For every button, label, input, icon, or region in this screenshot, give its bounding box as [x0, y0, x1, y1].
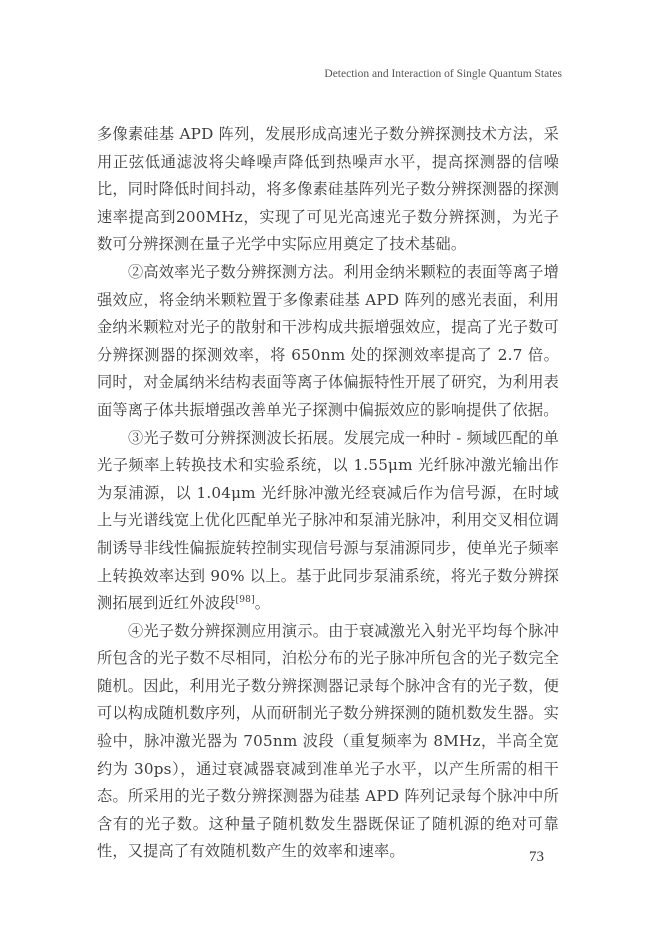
paragraph-3-tail: 。 — [255, 594, 270, 612]
page-number: 73 — [529, 849, 544, 866]
citation-ref[interactable]: [98] — [236, 595, 255, 605]
paragraph-2: ②高效率光子数分辨探测方法。利用金纳米颗粒的表面等离子增强效应，将金纳米颗粒置于… — [97, 259, 559, 425]
paragraph-4: ④光子数分辨探测应用演示。由于衰减激光入射光平均每个脉冲所包含的光子数不尽相同，… — [97, 618, 559, 866]
paragraph-3-text: ③光子数可分辨探测波长拓展。发展完成一种时 - 频域匹配的单光子频率上转换技术和… — [97, 429, 559, 613]
body-text: 多像素硅基 APD 阵列，发展形成高速光子数分辨探测技术方法，采用正弦低通滤波将… — [97, 121, 559, 866]
running-head: Detection and Interaction of Single Quan… — [324, 68, 562, 80]
paragraph-3: ③光子数可分辨探测波长拓展。发展完成一种时 - 频域匹配的单光子频率上转换技术和… — [97, 425, 559, 618]
paragraph-1: 多像素硅基 APD 阵列，发展形成高速光子数分辨探测技术方法，采用正弦低通滤波将… — [97, 121, 559, 259]
